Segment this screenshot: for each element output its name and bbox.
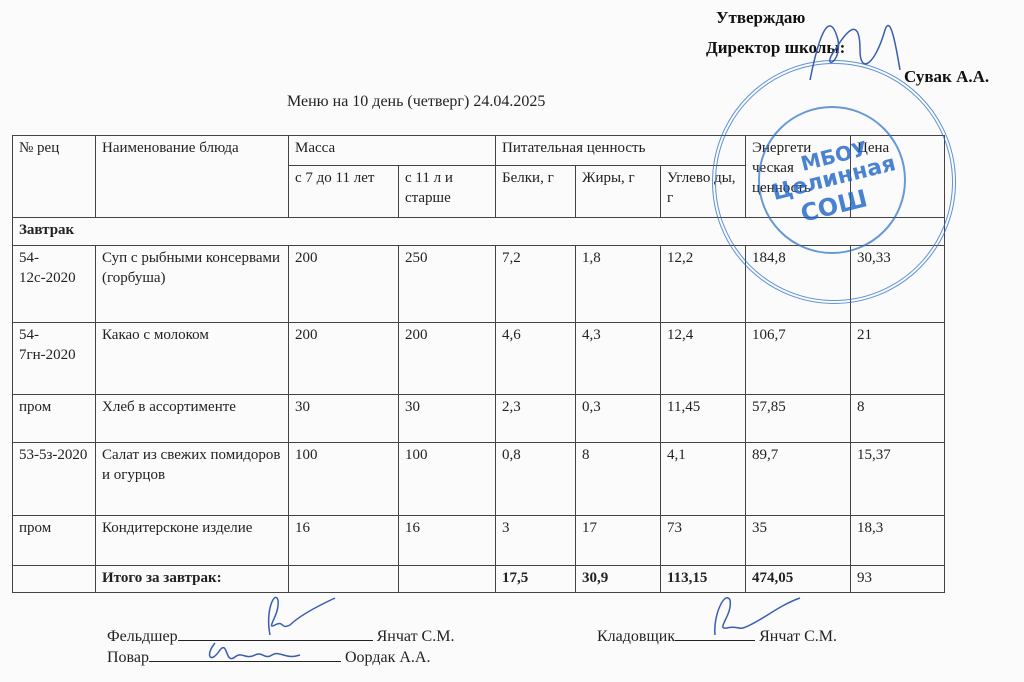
cook-signature-line: Повар Оордак А.А. — [107, 645, 430, 667]
medic-signature-line: Фельдшер Янчат С.М. — [107, 624, 454, 646]
cell-carbs: 4,1 — [661, 443, 746, 516]
medic-role: Фельдшер — [107, 628, 178, 645]
cell-energy: 57,85 — [746, 395, 851, 443]
cell-rec: пром — [13, 516, 96, 566]
cell-mass-7-11: 200 — [289, 246, 399, 323]
page-title: Меню на 10 день (четверг) 24.04.2025 — [287, 93, 545, 111]
cook-name: Оордак А.А. — [345, 649, 430, 666]
cell-price: 21 — [851, 323, 945, 395]
total-proteins: 17,5 — [496, 566, 576, 593]
section-row: Завтрак — [13, 218, 945, 246]
cell-energy: 35 — [746, 516, 851, 566]
total-carbs: 113,15 — [661, 566, 746, 593]
total-price: 93 — [851, 566, 945, 593]
cell-fats: 0,3 — [576, 395, 661, 443]
cell-proteins: 0,8 — [496, 443, 576, 516]
cell-rec: 54-7гн-2020 — [13, 323, 96, 395]
cell-dish: Какао с молоком — [96, 323, 289, 395]
total-label: Итого за завтрак: — [96, 566, 289, 593]
cell-price: 8 — [851, 395, 945, 443]
cell-rec: 53-5з-2020 — [13, 443, 96, 516]
cell-mass-7-11: 16 — [289, 516, 399, 566]
total-fats: 30,9 — [576, 566, 661, 593]
header-proteins: Белки, г — [496, 166, 576, 218]
signature-blank — [149, 645, 341, 662]
cell-mass-7-11: 100 — [289, 443, 399, 516]
cell-carbs: 73 — [661, 516, 746, 566]
cell-dish: Салат из свежих помидоров и огурцов — [96, 443, 289, 516]
cell-mass-7-11: 200 — [289, 323, 399, 395]
cell-energy: 106,7 — [746, 323, 851, 395]
cell-fats: 4,3 — [576, 323, 661, 395]
approval-director-name: Сувак А.А. — [904, 67, 989, 87]
approval-line-2: Директор школы: — [706, 38, 845, 58]
cell-mass-11-plus: 30 — [399, 395, 496, 443]
header-dish-name: Наименование блюда — [96, 136, 289, 218]
header-rec-no: № рец — [13, 136, 96, 218]
medic-name: Янчат С.М. — [377, 628, 455, 645]
table-row: 53-5з-2020 Салат из свежих помидоров и о… — [13, 443, 945, 516]
cell-dish: Суп с рыбными консервами (горбуша) — [96, 246, 289, 323]
table-row: 54-12с-2020 Суп с рыбными консервами (го… — [13, 246, 945, 323]
cell-fats: 8 — [576, 443, 661, 516]
header-mass-11-plus: с 11 л и старше — [399, 166, 496, 218]
storekeeper-signature-line: Кладовщик Янчат С.М. — [597, 624, 837, 646]
table-row: 54-7гн-2020 Какао с молоком 200 200 4,6 … — [13, 323, 945, 395]
approval-line-1: Утверждаю — [716, 8, 805, 28]
cook-role: Повар — [107, 649, 149, 666]
section-breakfast: Завтрак — [13, 218, 945, 246]
cell-carbs: 12,2 — [661, 246, 746, 323]
header-mass-7-11: с 7 до 11 лет — [289, 166, 399, 218]
cell-empty — [399, 566, 496, 593]
total-energy: 474,05 — [746, 566, 851, 593]
cell-proteins: 2,3 — [496, 395, 576, 443]
table-row: пром Хлеб в ассортименте 30 30 2,3 0,3 1… — [13, 395, 945, 443]
cell-proteins: 7,2 — [496, 246, 576, 323]
cell-mass-11-plus: 200 — [399, 323, 496, 395]
header-mass: Масса — [289, 136, 496, 166]
cell-fats: 17 — [576, 516, 661, 566]
header-nutrition: Питательная ценность — [496, 136, 746, 166]
cell-empty — [289, 566, 399, 593]
cell-mass-7-11: 30 — [289, 395, 399, 443]
cell-proteins: 3 — [496, 516, 576, 566]
header-carbs: Углево ды, г — [661, 166, 746, 218]
cell-mass-11-plus: 250 — [399, 246, 496, 323]
cell-carbs: 12,4 — [661, 323, 746, 395]
signature-blank — [675, 624, 755, 641]
cell-mass-11-plus: 100 — [399, 443, 496, 516]
cell-price: 18,3 — [851, 516, 945, 566]
cell-dish: Кондитерсконе изделие — [96, 516, 289, 566]
storekeeper-name: Янчат С.М. — [759, 628, 837, 645]
cell-carbs: 11,45 — [661, 395, 746, 443]
signature-blank — [178, 624, 373, 641]
menu-table: № рец Наименование блюда Масса Питательн… — [12, 135, 945, 593]
table-row: пром Кондитерсконе изделие 16 16 3 17 73… — [13, 516, 945, 566]
header-fats: Жиры, г — [576, 166, 661, 218]
cell-empty — [13, 566, 96, 593]
cell-energy: 184,8 — [746, 246, 851, 323]
cell-price: 30,33 — [851, 246, 945, 323]
header-row-1: № рец Наименование блюда Масса Питательн… — [13, 136, 945, 166]
cell-fats: 1,8 — [576, 246, 661, 323]
cell-dish: Хлеб в ассортименте — [96, 395, 289, 443]
header-price: Цена — [851, 136, 945, 218]
total-row: Итого за завтрак: 17,5 30,9 113,15 474,0… — [13, 566, 945, 593]
header-energy: Энергети ческая ценность — [746, 136, 851, 218]
cell-rec: 54-12с-2020 — [13, 246, 96, 323]
storekeeper-role: Кладовщик — [597, 628, 675, 645]
cell-proteins: 4,6 — [496, 323, 576, 395]
cell-price: 15,37 — [851, 443, 945, 516]
cell-energy: 89,7 — [746, 443, 851, 516]
cell-mass-11-plus: 16 — [399, 516, 496, 566]
cell-rec: пром — [13, 395, 96, 443]
